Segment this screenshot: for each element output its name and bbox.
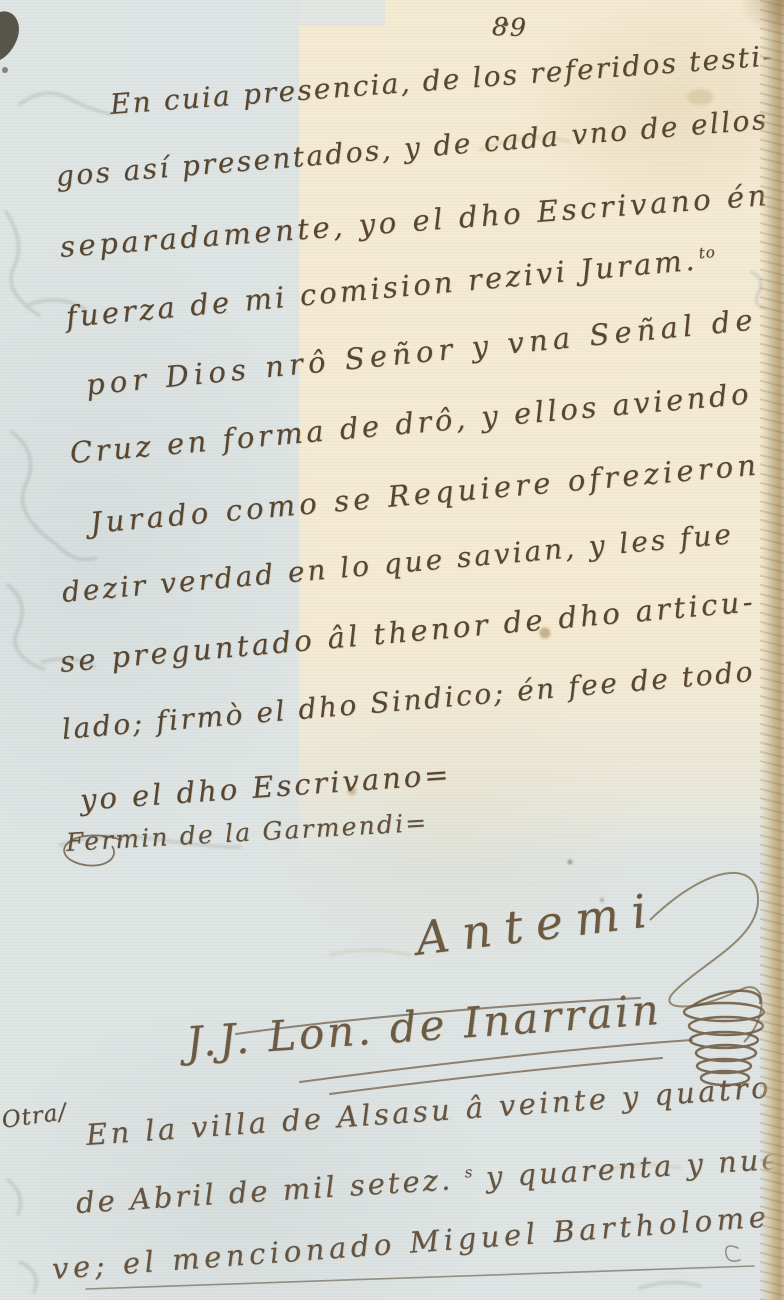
page-edge [760,0,784,1300]
pen-hook-mark [726,1246,740,1261]
page-number: 89 [491,12,528,42]
juramento-superscript: to [698,243,717,262]
footer-line-2-start: de Abril de mil setez. [75,1162,454,1220]
scan-light-cool-notch [299,0,385,26]
footer-line-2-end: y quarenta y nue- [485,1141,784,1194]
manuscript-page: 89 En cuia presencia, de los referidos t… [0,0,784,1300]
manuscript-line-11: yo el dho Escrivano= [79,757,453,817]
escribano-signature: Fermin de la Garmendi= [65,808,429,857]
notary-signature: J.J. Lon. de Inarrain [184,985,663,1067]
manuscript-line-1: En cuia presencia, de los referidos test… [109,39,775,121]
ante-mi-note: Antemi [413,882,663,965]
ante-mi-flourish [650,873,762,1042]
ink-blotch [0,11,19,73]
setecientos-superscript: s [464,1163,474,1182]
marginal-note: Otra/ [0,1099,69,1134]
footer-line-1: En la villa de Alsasu â veinte y quatro [85,1070,773,1152]
